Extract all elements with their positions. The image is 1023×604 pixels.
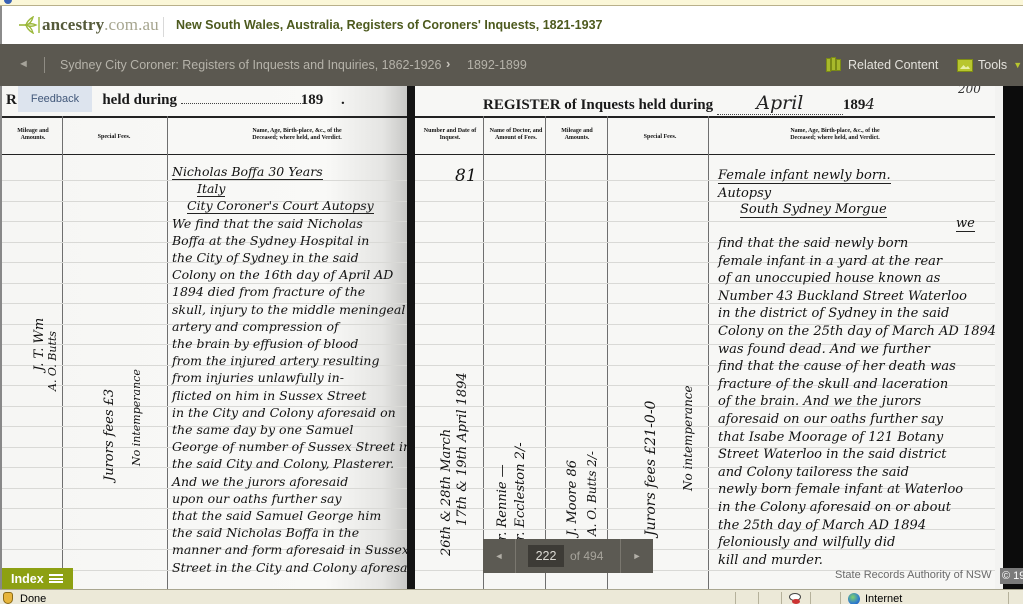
entry-line: we [956, 216, 975, 232]
entry-line: George of number of Sussex Street in [172, 439, 411, 454]
logo-wordmark: ancestry.com.au [42, 15, 159, 35]
breadcrumb-item-volume[interactable]: 1892-1899 [467, 58, 527, 72]
vertical-note: 26th & 28th March [439, 429, 454, 556]
entry-line: Nicholas Boffa 30 Years [172, 164, 323, 180]
related-content-label: Related Content [848, 58, 938, 72]
collection-title[interactable]: New South Wales, Australia, Registers of… [176, 18, 602, 32]
prev-arrow-icon: ◄ [495, 551, 504, 561]
entry-line: in the City and Colony aforesaid on [172, 405, 396, 420]
column-header-doctor: Name of Doctor, and Amount of Fees. [489, 128, 543, 142]
entry-line: City Coroner's Court Autopsy [187, 198, 374, 214]
entry-line: feloniously and wilfully did [718, 535, 895, 550]
logo-suffix: .com.au [104, 15, 159, 34]
header-divider [163, 17, 164, 37]
ruled-line [2, 283, 407, 284]
right-page-title: REGISTER of Inquests held during April18… [483, 92, 875, 115]
entry-line: flicted on him in Sussex Street [172, 388, 366, 403]
entry-line: Female infant newly born. [718, 168, 891, 184]
previous-image-button[interactable]: ◄ [483, 539, 516, 573]
page-status-icon [3, 592, 13, 604]
ruled-line [415, 221, 995, 222]
copyright-notice: © 19 [1000, 568, 1023, 584]
entry-line: Boffa at the Sydney Hospital in [172, 233, 369, 248]
hamburger-icon [49, 574, 63, 583]
column-divider [167, 116, 168, 589]
year-prefix: 189 [301, 92, 324, 108]
security-zone-text: Internet [865, 593, 902, 604]
index-button[interactable]: Index [2, 568, 73, 589]
entry-line: Street in the City and Colony aforesaid … [172, 560, 439, 575]
entry-line: the said City and Colony, Plasterer. [172, 456, 394, 471]
column-header-deceased: Name, Age, Birth-place, &c., of the Dece… [785, 128, 885, 142]
vertical-note: Jurors fees £21-0-0 [643, 401, 659, 536]
feedback-tab[interactable]: Feedback [18, 86, 92, 112]
status-divider [810, 592, 811, 604]
entry-line: find that the said newly born [718, 236, 908, 251]
entry-line: skull, injury to the middle meningeal [172, 302, 405, 317]
vertical-note: 17th & 19th April 1894 [455, 372, 470, 526]
column-header-mileage: Mileage and Amounts. [10, 128, 56, 142]
entry-line: Italy [197, 181, 225, 197]
browser-window: ancestry.com.au New South Wales, Austral… [0, 0, 1023, 604]
title-month: April [756, 92, 803, 114]
column-header-mileage: Mileage and Amounts. [553, 128, 601, 142]
chevron-right-icon: › [446, 56, 450, 71]
entry-line: Autopsy [718, 186, 771, 201]
vertical-note: A. O. Butts [46, 331, 59, 391]
page-number-mark: 200 [958, 86, 981, 96]
ruled-line [415, 180, 995, 181]
entry-line: artery and compression of [172, 319, 339, 334]
vertical-note: J. Moore 86 [565, 460, 580, 536]
status-divider [758, 592, 759, 604]
entry-line: find that the cause of her death was [718, 359, 956, 374]
breadcrumb-divider [44, 57, 45, 73]
year-suffix: . [341, 92, 345, 108]
entry-line: aforesaid on our oaths further say [718, 412, 943, 427]
book-spine [407, 86, 415, 589]
entry-line: Street Waterloo in the said district [718, 447, 947, 462]
tools-label: Tools [978, 58, 1007, 72]
title-text: held during [102, 92, 177, 108]
tools-menu-button[interactable]: Tools ▼ [957, 57, 1022, 72]
entry-line: 1894 died from fracture of the [172, 284, 365, 299]
caret-down-icon: ▼ [1013, 60, 1022, 70]
entry-line: Colony on the 25th day of March AD 1894 [718, 324, 996, 339]
vertical-note: Jurors fees £3 [102, 389, 117, 481]
next-image-button[interactable]: ► [620, 539, 653, 573]
column-divider [483, 116, 484, 589]
leaf-logo-icon [18, 16, 40, 34]
ruled-line [415, 201, 995, 202]
column-header-deceased: Name, Age, Birth-place, &c., of the Dece… [252, 128, 342, 142]
breadcrumb-item-collection[interactable]: Sydney City Coroner: Registers of Inques… [60, 58, 441, 72]
entry-line: that the said Samuel George him [172, 508, 381, 523]
header-rule [415, 116, 995, 118]
breadcrumb-bar: ◄ Sydney City Coroner: Registers of Inqu… [0, 44, 1023, 86]
back-arrow-icon[interactable]: ◄ [18, 58, 29, 70]
column-divider [62, 116, 63, 589]
column-header-special-fees: Special Fees. [74, 134, 154, 141]
entry-line: from the injured artery resulting [172, 353, 380, 368]
entry-line: the City of Sydney in the said [172, 250, 359, 265]
vertical-note: No intemperance [130, 369, 143, 466]
year-suffix: 4 [865, 95, 875, 113]
entry-line: that Isabe Moorage of 121 Botany [718, 430, 943, 445]
globe-icon [848, 593, 860, 604]
shield-icon [4, 0, 12, 4]
vertical-note: A. O. Butts 2/- [585, 451, 599, 536]
status-text: Done [20, 593, 46, 604]
image-icon [957, 59, 973, 72]
next-arrow-icon: ► [633, 551, 642, 561]
title-month-fill: April [717, 92, 843, 115]
entry-line: in the Colony aforesaid on or about [718, 500, 951, 515]
year-prefix: 189 [843, 97, 866, 113]
entry-line: the brain by effusion of blood [172, 336, 358, 351]
header-rule-bottom [415, 154, 995, 155]
index-label: Index [11, 572, 44, 586]
entry-line: Colony on the 16th day of April AD [172, 267, 393, 282]
vertical-note: Dr. Rennie — [495, 464, 510, 551]
source-credit: State Records Authority of NSW [835, 569, 992, 581]
vertical-note: No intemperance [681, 385, 695, 491]
title-fill-line [181, 103, 301, 104]
status-divider [1008, 592, 1009, 604]
title-text: REGISTER of Inquests held during [483, 97, 713, 113]
entry-line: kill and murder. [718, 553, 823, 568]
vertical-note: J. T. Wm [32, 318, 47, 371]
right-register-page: REGISTER of Inquests held during April18… [415, 86, 995, 589]
entry-line: and Colony tailoress the said [718, 465, 909, 480]
column-divider [607, 116, 608, 589]
vertical-note: Dr. Eccleston 2/- [513, 442, 528, 551]
entry-line: manner and form aforesaid in Sussex [172, 542, 409, 557]
entry-line: South Sydney Morgue [740, 202, 887, 218]
entry-line: And we the jurors aforesaid [172, 474, 348, 489]
column-header-special-fees: Special Fees. [620, 134, 700, 141]
entry-line: the same day by one Samuel [172, 422, 353, 437]
ancestry-logo[interactable]: ancestry.com.au [18, 15, 159, 35]
status-divider [840, 592, 841, 604]
privacy-eye-icon[interactable] [789, 593, 801, 601]
related-content-button[interactable]: Related Content [826, 57, 938, 73]
status-divider [735, 592, 736, 604]
column-divider [545, 116, 546, 589]
page-number-input[interactable] [528, 545, 564, 567]
entry-line: female infant in a yard at the rear [718, 254, 942, 269]
browser-status-bar: Done Internet [0, 589, 1023, 604]
entry-line: Number 43 Buckland Street Waterloo [718, 289, 967, 304]
scan-edge [1003, 86, 1023, 589]
entry-line: from injuries unlawfully in- [172, 370, 344, 385]
entry-line: of an unoccupied house known as [718, 271, 940, 286]
image-pager: ◄ of 494 ► [483, 539, 653, 573]
entry-line: We find that the said Nicholas [172, 216, 363, 231]
entry-line: in the district of Sydney in the said [718, 306, 949, 321]
status-divider [781, 592, 782, 604]
entry-line: of the brain. And we the jurors [718, 394, 921, 409]
left-register-page: R held during 189 . Mileage and Amounts.… [0, 86, 407, 589]
column-divider [708, 116, 709, 589]
column-header-number-date: Number and Date of Inquest. [423, 128, 477, 142]
record-image-viewer[interactable]: R held during 189 . Mileage and Amounts.… [0, 86, 1023, 589]
entry-line: the said Nicholas Boffa in the [172, 525, 359, 540]
site-header: ancestry.com.au New South Wales, Austral… [0, 6, 1023, 44]
page-total: of 494 [570, 549, 603, 563]
entry-line: the 25th day of March AD 1894 [718, 518, 926, 533]
title-prefix: R [6, 92, 17, 108]
logo-name: ancestry [42, 15, 104, 34]
books-icon [826, 57, 840, 73]
inquest-number: 81 [455, 166, 477, 186]
entry-line: was found dead. And we further [718, 342, 930, 357]
entry-line: newly born female infant at Waterloo [718, 482, 963, 497]
entry-line: upon our oaths further say [172, 491, 342, 506]
entry-line: fracture of the skull and laceration [718, 377, 948, 392]
